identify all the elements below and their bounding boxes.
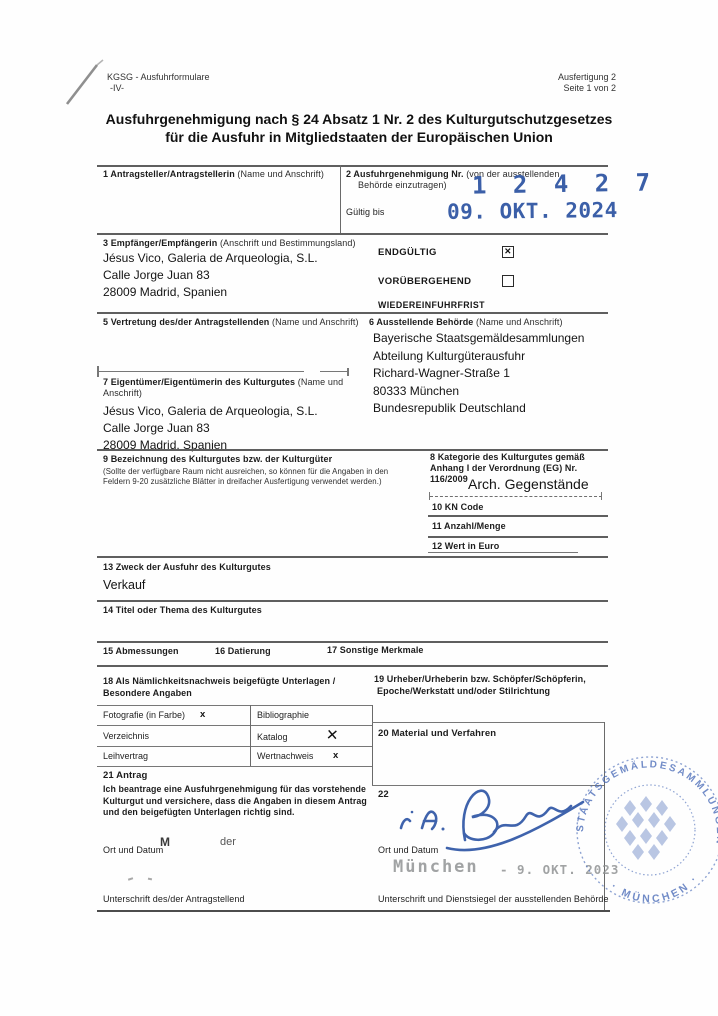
rule-field12 bbox=[428, 536, 608, 538]
declaration-line2: Kulturgut und versichere, dass die Angab… bbox=[103, 796, 375, 808]
rule-row18 bbox=[97, 665, 608, 667]
field12-label: 12 Wert in Euro bbox=[432, 541, 499, 552]
rule-row13 bbox=[97, 556, 608, 558]
field6-label: 6 Ausstellende Behörde (Name und Anschri… bbox=[369, 317, 563, 328]
field18-label: 18 Als Nämlichkeitsnachweis beigefügte U… bbox=[103, 676, 335, 699]
form-code: KGSG - Ausfuhrformulare -IV- bbox=[107, 72, 210, 94]
official-seal: STAATSGEMÄLDESAMMLUNGEN · MÜNCHEN · bbox=[558, 742, 718, 918]
field7-sub-label-1: (Name und bbox=[298, 377, 343, 387]
field18-label-line1: 18 Als Nämlichkeitsnachweis beigefügte U… bbox=[103, 676, 335, 688]
purpose-value: Verkauf bbox=[103, 577, 145, 594]
field21-place-date-label: Ort und Datum bbox=[103, 845, 163, 856]
field6-sub-label: (Name und Anschrift) bbox=[476, 317, 563, 327]
checklist-catalog-label: Katalog bbox=[257, 732, 288, 742]
final-checkbox: ✕ bbox=[502, 246, 514, 258]
rule-row5 bbox=[97, 312, 608, 314]
field3-label: 3 Empfänger/Empfängerin (Anschrift und B… bbox=[103, 238, 356, 249]
rule-bottom bbox=[97, 910, 610, 912]
table-right-edge bbox=[372, 705, 373, 785]
authority-line4: 80333 München bbox=[373, 383, 584, 401]
owner-line3: 28009 Madrid, Spanien bbox=[103, 437, 318, 454]
field17-label: 17 Sonstige Merkmale bbox=[327, 645, 424, 656]
field8-label-line2: Anhang I der Verordnung (EG) Nr. bbox=[430, 463, 610, 474]
checklist-register-label: Verzeichnis bbox=[103, 731, 149, 741]
authority-line1: Bayerische Staatsgemäldesammlungen bbox=[373, 330, 584, 348]
field14-label: 14 Titel oder Thema des Kulturgutes bbox=[103, 605, 262, 616]
checklist-value-proof-label: Wertnachweis bbox=[257, 751, 313, 761]
field10-label: 10 KN Code bbox=[432, 502, 484, 513]
rule-row14 bbox=[97, 600, 608, 602]
field21-date-partial: der bbox=[220, 836, 236, 848]
checklist-photo-mark: x bbox=[200, 709, 205, 720]
field19-label: 19 Urheber/Urheberin bzw. Schöpfer/Schöp… bbox=[374, 674, 586, 697]
faint-scan-mark-2 bbox=[148, 878, 152, 880]
field9-note: (Sollte der verfügbare Raum nicht ausrei… bbox=[103, 467, 425, 487]
field7-number-label: 7 Eigentümer/Eigentümerin des Kulturgute… bbox=[103, 377, 295, 387]
recipient-address: Jésus Vico, Galeria de Arqueologia, S.L.… bbox=[103, 250, 318, 301]
field1-label: 1 Antragsteller/Antragstellerin (Name un… bbox=[103, 169, 324, 180]
authority-line2: Abteilung Kulturgüterausfuhr bbox=[373, 348, 584, 366]
field16-label: 16 Datierung bbox=[215, 646, 271, 657]
hand-rule-right-tick bbox=[347, 368, 349, 376]
table-rule-2 bbox=[97, 746, 372, 747]
declaration-text: Ich beantrage eine Ausfuhrgenehmigung fü… bbox=[103, 784, 375, 819]
field21-signature-label: Unterschrift des/der Antragstellend bbox=[103, 894, 245, 905]
field1-number-label: 1 Antragsteller/Antragstellerin bbox=[103, 169, 235, 179]
temporary-checkbox bbox=[502, 275, 514, 287]
field1-sub-label: (Name und Anschrift) bbox=[237, 169, 324, 179]
document-title: Ausfuhrgenehmigung nach § 24 Absatz 1 Nr… bbox=[60, 110, 658, 146]
field5-label: 5 Vertretung des/der Antragstellenden (N… bbox=[103, 317, 359, 328]
field19-label-line1: 19 Urheber/Urheberin bzw. Schöpfer/Schöp… bbox=[374, 674, 586, 686]
field8-label-line1: 8 Kategorie des Kulturgutes gemäß bbox=[430, 452, 610, 463]
field20-label: 20 Material und Verfahren bbox=[378, 728, 496, 739]
dash-rule-field8 bbox=[430, 496, 602, 497]
field3-sub-label: (Anschrift und Bestimmungsland) bbox=[220, 238, 356, 248]
field3-number-label: 3 Empfänger/Empfängerin bbox=[103, 238, 217, 248]
field6-number-label: 6 Ausstellende Behörde bbox=[369, 317, 473, 327]
field9-note-line1: (Sollte der verfügbare Raum nicht ausrei… bbox=[103, 467, 425, 477]
checklist-loan-label: Leihvertrag bbox=[103, 751, 148, 761]
field9-note-line2: Feldern 9-20 zusätzliche Blätter in drei… bbox=[103, 477, 425, 487]
field2-number-label: 2 Ausfuhrgenehmigung Nr. bbox=[346, 169, 464, 179]
category-value: Arch. Gegenstände bbox=[468, 476, 589, 493]
reimport-label: WIEDEREINFUHRFRIST bbox=[378, 300, 485, 310]
page-label: Seite 1 von 2 bbox=[478, 83, 616, 94]
table-rule-3 bbox=[97, 766, 372, 767]
hand-rule-segment2 bbox=[320, 371, 347, 372]
owner-address: Jésus Vico, Galeria de Arqueologia, S.L.… bbox=[103, 403, 318, 454]
copy-page-info: Ausfertigung 2 Seite 1 von 2 bbox=[478, 72, 616, 94]
field19-label-line2: Epoche/Werkstatt und/oder Stilrichtung bbox=[377, 686, 586, 698]
issuing-authority-address: Bayerische Staatsgemäldesammlungen Abtei… bbox=[373, 330, 584, 418]
valid-until-label: Gültig bis bbox=[346, 207, 385, 218]
rule-top bbox=[97, 165, 608, 167]
checklist-value-proof-mark: x bbox=[333, 750, 338, 761]
declaration-line3: und den beigefügten Unterlagen richtig s… bbox=[103, 807, 375, 819]
field5-number-label: 5 Vertretung des/der Antragstellenden bbox=[103, 317, 269, 327]
scanned-export-permit-page: KGSG - Ausfuhrformulare -IV- Ausfertigun… bbox=[0, 0, 718, 1016]
checklist-catalog-mark: ✕ bbox=[325, 726, 339, 745]
permit-number-stamp: 1 2 4 2 7 bbox=[472, 168, 657, 199]
field15-label: 15 Abmessungen bbox=[103, 646, 179, 657]
form-code-line2: -IV- bbox=[110, 83, 210, 94]
authority-line5: Bundesrepublik Deutschland bbox=[373, 400, 584, 418]
temporary-label: VORÜBERGEHEND bbox=[378, 276, 471, 287]
rule-row9 bbox=[97, 449, 608, 451]
form-code-line1: KGSG - Ausfuhrformulare bbox=[107, 72, 210, 83]
faint-scan-mark-1 bbox=[128, 877, 133, 880]
field7-sub-label-2: Anschrift) bbox=[103, 388, 383, 399]
rule-field20 bbox=[372, 722, 604, 723]
owner-line2: Calle Jorge Juan 83 bbox=[103, 420, 318, 437]
recipient-line3: 28009 Madrid, Spanien bbox=[103, 284, 318, 301]
rule-field11 bbox=[428, 515, 608, 517]
seal-ring-text-bottom: · MÜNCHEN · bbox=[609, 872, 702, 905]
authority-line3: Richard-Wagner-Straße 1 bbox=[373, 365, 584, 383]
field21-label: 21 Antrag bbox=[103, 770, 147, 781]
valid-until-date-stamp: 09. OKT. 2024 bbox=[447, 198, 618, 224]
field5-sub-label: (Name und Anschrift) bbox=[272, 317, 359, 327]
divider-f1-f2 bbox=[340, 165, 341, 233]
field18-label-line2: Besondere Angaben bbox=[103, 688, 335, 700]
dash-rule-right-tick bbox=[601, 492, 602, 500]
field21-place-partial: M bbox=[160, 835, 170, 849]
hand-rule-segment1 bbox=[98, 371, 304, 372]
owner-line1: Jésus Vico, Galeria de Arqueologia, S.L. bbox=[103, 403, 318, 420]
recipient-line2: Calle Jorge Juan 83 bbox=[103, 267, 318, 284]
field11-label: 11 Anzahl/Menge bbox=[432, 521, 506, 532]
final-label: ENDGÜLTIG bbox=[378, 247, 437, 258]
table-column-divider bbox=[250, 705, 251, 766]
svg-text:· MÜNCHEN ·: · MÜNCHEN · bbox=[609, 872, 702, 905]
declaration-line1: Ich beantrage eine Ausfuhrgenehmigung fü… bbox=[103, 784, 375, 796]
rule-row15 bbox=[97, 641, 608, 643]
table-top-rule bbox=[97, 705, 372, 706]
pencil-scan-mark bbox=[58, 54, 110, 112]
checklist-bibliography-label: Bibliographie bbox=[257, 710, 309, 720]
rule-row3 bbox=[97, 233, 608, 235]
seal-emblem bbox=[616, 796, 676, 860]
field13-label: 13 Zweck der Ausfuhr des Kulturgutes bbox=[103, 562, 271, 573]
rule-field12-bottom bbox=[428, 552, 578, 553]
copy-label: Ausfertigung 2 bbox=[478, 72, 616, 83]
field9-label: 9 Bezeichnung des Kulturgutes bzw. der K… bbox=[103, 454, 332, 465]
title-line2: für die Ausfuhr in Mitgliedstaaten der E… bbox=[60, 128, 658, 146]
checklist-photo-label: Fotografie (in Farbe) bbox=[103, 710, 185, 720]
recipient-line1: Jésus Vico, Galeria de Arqueologia, S.L. bbox=[103, 250, 318, 267]
title-line1: Ausfuhrgenehmigung nach § 24 Absatz 1 Nr… bbox=[60, 110, 658, 128]
field7-label: 7 Eigentümer/Eigentümerin des Kulturgute… bbox=[103, 377, 383, 399]
